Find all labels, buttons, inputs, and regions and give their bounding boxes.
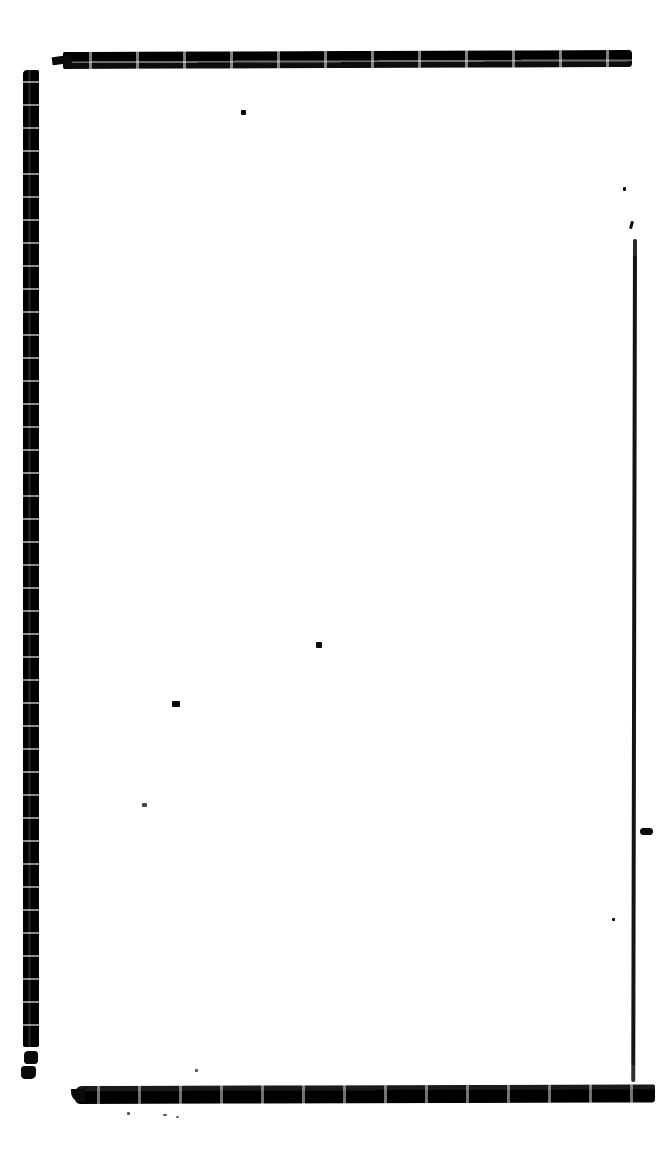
ink-tick	[629, 221, 634, 230]
ink-dot	[176, 1116, 179, 1118]
left-rule-fragment	[24, 1051, 38, 1064]
ink-dot	[127, 1112, 130, 1115]
ink-dot	[623, 187, 626, 191]
ink-dot	[241, 110, 246, 115]
right-border-rule	[631, 239, 637, 1082]
top-border-rule	[63, 50, 632, 69]
bottom-rule-hook	[71, 1089, 85, 1102]
ink-dot	[163, 1114, 167, 1116]
left-rule-fragment	[21, 1066, 36, 1079]
bottom-border-rule	[75, 1084, 655, 1104]
scanned-page	[0, 0, 672, 1176]
ink-dash	[640, 828, 653, 835]
ink-dot	[612, 918, 615, 921]
ink-speck	[316, 642, 322, 648]
ink-speck	[142, 803, 147, 807]
ink-speck	[172, 701, 180, 707]
left-border-rule	[23, 70, 39, 1047]
ink-dot	[195, 1069, 198, 1072]
